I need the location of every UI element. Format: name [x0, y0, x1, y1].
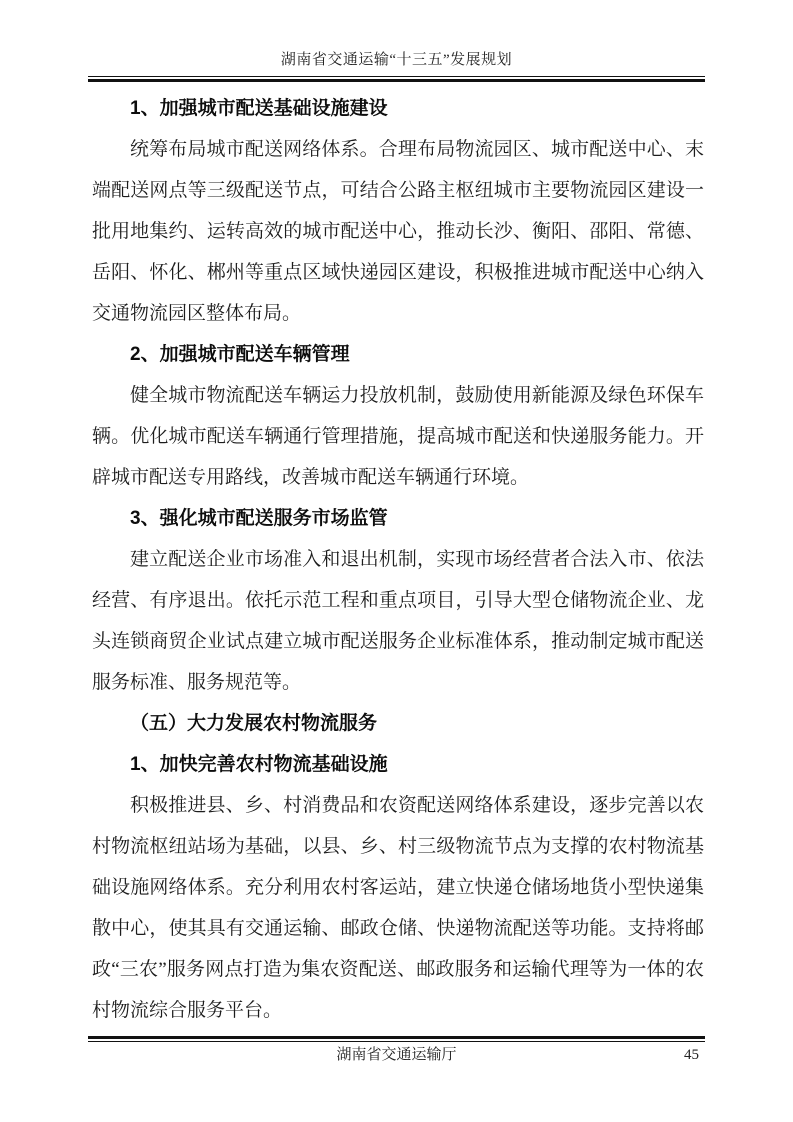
numbered-heading: 2、加强城市配送车辆管理	[92, 334, 704, 375]
header-divider	[88, 76, 705, 82]
page-footer: 湖南省交通运输厅 45	[92, 1044, 701, 1066]
document-page: 湖南省交通运输“十三五”发展规划 1、加强城市配送基础设施建设 统筹布局城市配送…	[0, 0, 793, 1122]
footer-divider	[88, 1036, 705, 1042]
document-body: 1、加强城市配送基础设施建设 统筹布局城市配送网络体系。合理布局物流园区、城市配…	[92, 88, 704, 1031]
page-header-title: 湖南省交通运输“十三五”发展规划	[92, 50, 701, 70]
paragraph: 健全城市物流配送车辆运力投放机制，鼓励使用新能源及绿色环保车辆。优化城市配送车辆…	[92, 375, 704, 498]
page-number: 45	[684, 1044, 699, 1066]
paragraph: 建立配送企业市场准入和退出机制，实现市场经营者合法入市、依法经营、有序退出。依托…	[92, 539, 704, 703]
paragraph: 积极推进县、乡、村消费品和农资配送网络体系建设，逐步完善以农村物流枢纽站场为基础…	[92, 785, 704, 1031]
numbered-heading: 3、强化城市配送服务市场监管	[92, 498, 704, 539]
numbered-heading: 1、加快完善农村物流基础设施	[92, 744, 704, 785]
paragraph: 统筹布局城市配送网络体系。合理布局物流园区、城市配送中心、末端配送网点等三级配送…	[92, 129, 704, 334]
section-heading: （五）大力发展农村物流服务	[92, 703, 704, 744]
numbered-heading: 1、加强城市配送基础设施建设	[92, 88, 704, 129]
footer-organization: 湖南省交通运输厅	[92, 1044, 701, 1066]
